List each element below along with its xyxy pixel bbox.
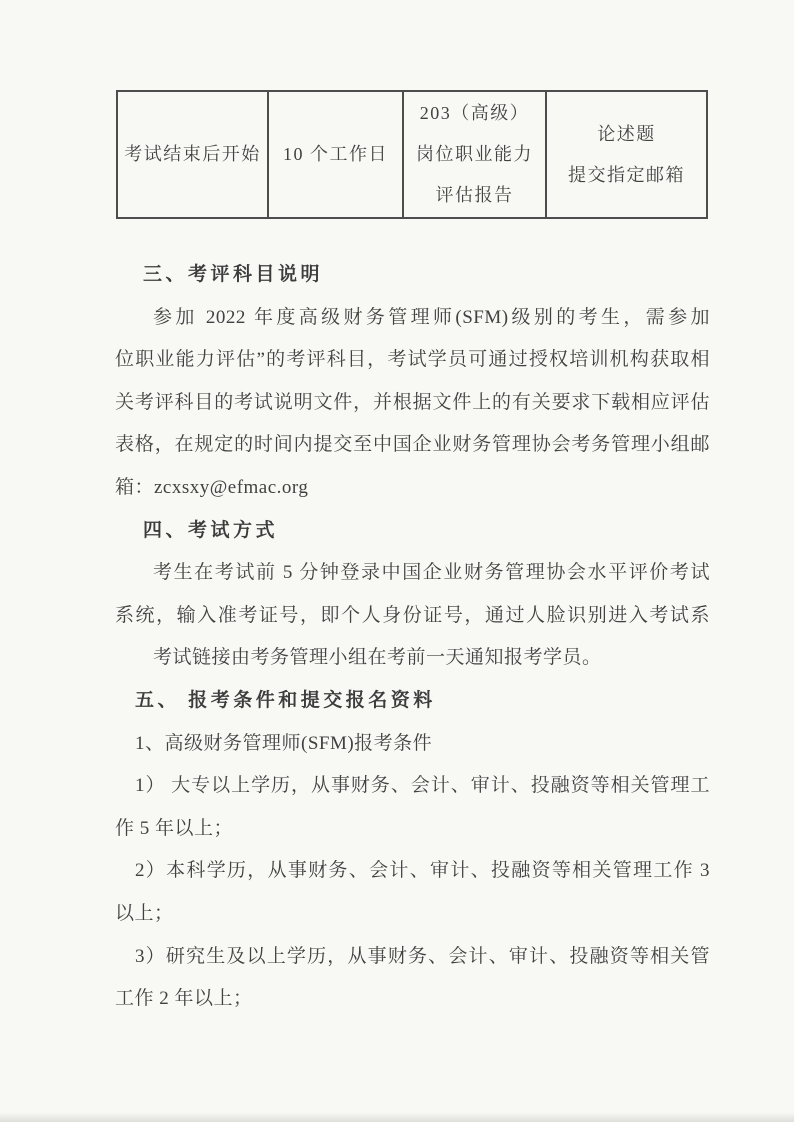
list-item-continuation: 工作 2 年以上； [115,978,710,1021]
list-item-sfm-conditions: 1、高级财务管理师(SFM)报考条件 [115,723,710,766]
list-item-continuation: 以上； [115,893,710,936]
table-cell-line: 论述题 [597,114,656,155]
list-item-continuation: 作 5 年以上； [115,808,710,851]
list-item-condition-2: 2）本科学历，从事财务、会计、审计、投融资等相关管理工作 3 年 [115,850,710,893]
paragraph-line: 参加 2022 年度高级财务管理师(SFM)级别的考生，需参加 203“岗 [115,297,710,340]
table-cell-line: 评估报告 [436,175,514,216]
table-cell-line: 10 个工作日 [283,134,388,175]
table-cell-subject: 203（高级） 岗位职业能力 评估报告 [404,92,547,217]
section-heading-exam-method: 四、考试方式 [115,510,710,553]
table-cell-start-time: 考试结束后开始 [118,92,269,217]
email-address-line: 箱：zcxsxy@efmac.org [115,467,710,510]
paragraph-line: 系统，输入准考证号，即个人身份证号，通过人脸识别进入考试系统。 [115,595,710,638]
table-cell-question-type: 论述题 提交指定邮箱 [547,92,706,217]
section-heading-subject-notes: 三、考评科目说明 [115,254,710,297]
paragraph-line: 考试链接由考务管理小组在考前一天通知报考学员。 [115,637,710,680]
table-cell-line: 203（高级） [420,93,530,134]
paragraph-line: 考生在考试前 5 分钟登录中国企业财务管理协会水平评价考试 [115,552,710,595]
table-cell-line: 考试结束后开始 [124,134,261,175]
paragraph-line: 表格，在规定的时间内提交至中国企业财务管理协会考务管理小组邮 [115,424,710,467]
document-body: 三、考评科目说明 参加 2022 年度高级财务管理师(SFM)级别的考生，需参加… [115,254,710,1021]
section-heading-requirements: 五、 报考条件和提交报名资料 [115,680,710,723]
scan-edge-shadow [0,1112,794,1122]
exam-schedule-table: 考试结束后开始 10 个工作日 203（高级） 岗位职业能力 评估报告 论述题 … [116,90,708,219]
table-cell-line: 岗位职业能力 [416,134,533,175]
list-item-condition-3: 3）研究生及以上学历，从事财务、会计、审计、投融资等相关管理 [115,936,710,979]
list-item-condition-1: 1） 大专以上学历，从事财务、会计、审计、投融资等相关管理工 [115,765,710,808]
scanned-document-page: 考试结束后开始 10 个工作日 203（高级） 岗位职业能力 评估报告 论述题 … [0,0,794,1122]
table-cell-duration: 10 个工作日 [269,92,404,217]
paragraph-line: 关考评科目的考试说明文件，并根据文件上的有关要求下载相应评估 [115,382,710,425]
table-cell-line: 提交指定邮箱 [568,155,685,196]
paragraph-line: 位职业能力评估”的考评科目，考试学员可通过授权培训机构获取相 [115,339,710,382]
